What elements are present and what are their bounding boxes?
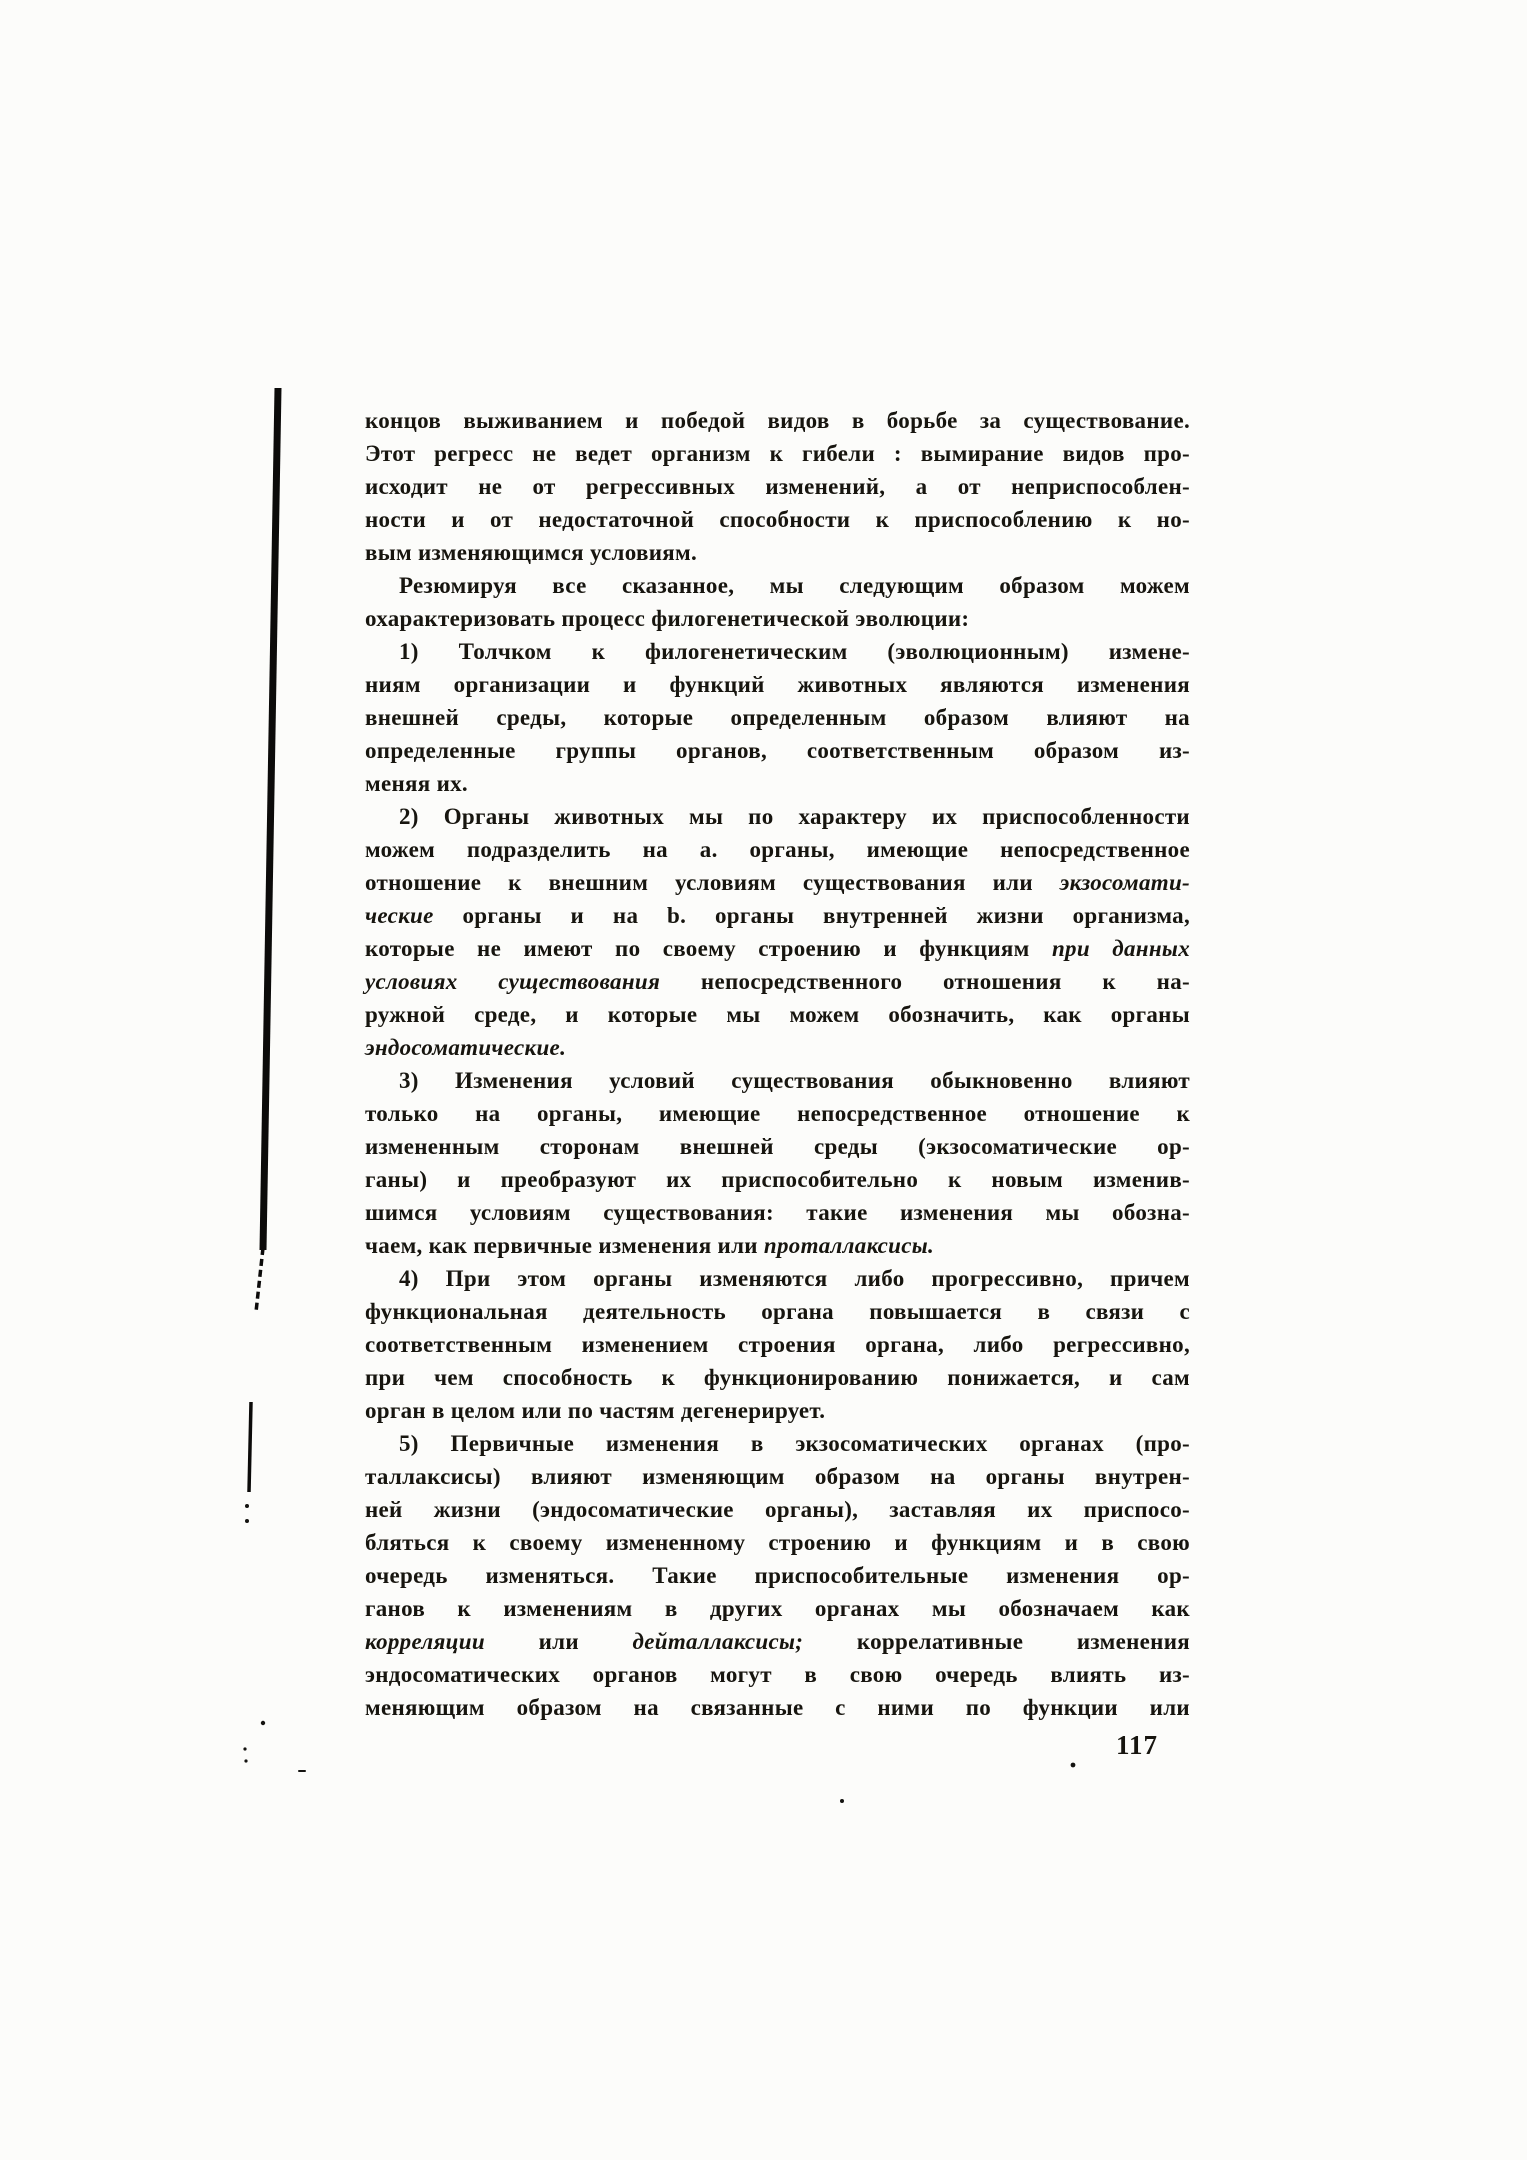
text-run: 1) Толчком к филогенетическим (эволюцион… (399, 639, 1190, 664)
italic-run: при данных (1052, 936, 1190, 961)
text-run: которые не имеют по своему строению и фу… (365, 936, 1052, 961)
text-line: можем подразделить на а. органы, имеющие… (365, 833, 1190, 866)
text-run: соответственным изменением строения орга… (365, 1332, 1190, 1357)
page-text-block: концов выживанием и победой видов в борь… (365, 404, 1190, 1724)
italic-run: условиях существования (365, 969, 660, 994)
text-line: бляться к своему измененному строению и … (365, 1526, 1190, 1559)
italic-run: ческие (365, 903, 434, 928)
text-run: меняющим образом на связанные с ними по … (365, 1695, 1190, 1720)
text-line: меняя их. (365, 767, 1190, 800)
text-line: которые не имеют по своему строению и фу… (365, 932, 1190, 965)
text-line: ганов к изменениям в других органах мы о… (365, 1592, 1190, 1625)
italic-run: проталлаксисы. (764, 1233, 934, 1258)
text-line: корреляции или дейталлаксисы; коррелатив… (365, 1625, 1190, 1658)
text-run: определенные группы органов, соответстве… (365, 738, 1190, 763)
text-line: 3) Изменения условий существования обыкн… (365, 1064, 1190, 1097)
text-run: ганов к изменениям в других органах мы о… (365, 1596, 1190, 1621)
text-run: внешней среды, которые определенным обра… (365, 705, 1190, 730)
text-run: отношение к внешним условиям существован… (365, 870, 1060, 895)
text-run: функциональная деятельность органа повыш… (365, 1299, 1190, 1324)
text-run: охарактеризовать процесс филогенетическо… (365, 606, 969, 631)
text-line: ческие органы и на b. органы внутренней … (365, 899, 1190, 932)
text-line: отношение к внешним условиям существован… (365, 866, 1190, 899)
text-run: органы и на b. органы внутренней жизни о… (434, 903, 1190, 928)
text-run: Этот регресс не ведет организм к гибели … (365, 441, 1190, 466)
text-run: непосредственного отношения к на- (660, 969, 1190, 994)
text-run: при чем способность к функционированию п… (365, 1365, 1190, 1390)
text-run: 2) Органы животных мы по характеру их пр… (399, 804, 1190, 829)
text-line: при чем способность к функционированию п… (365, 1361, 1190, 1394)
text-line: определенные группы органов, соответстве… (365, 734, 1190, 767)
text-line: эндосоматические. (365, 1031, 1190, 1064)
text-run: чаем, как первичные изменения или (365, 1233, 764, 1258)
page-number: 117 (1116, 1730, 1176, 1761)
text-line: внешней среды, которые определенным обра… (365, 701, 1190, 734)
text-run: таллаксисы) влияют изменяющим образом на… (365, 1464, 1190, 1489)
text-run: 5) Первичные изменения в экзосоматически… (399, 1431, 1190, 1456)
text-run: Резюмируя все сказанное, мы следующим об… (399, 573, 1190, 598)
text-run: меняя их. (365, 771, 468, 796)
text-run: бляться к своему измененному строению и … (365, 1530, 1190, 1555)
italic-run: экзосомати- (1060, 870, 1190, 895)
italic-run: дейталлаксисы; (633, 1629, 804, 1654)
text-line: чаем, как первичные изменения или протал… (365, 1229, 1190, 1262)
text-line: ниям организации и функций животных явля… (365, 668, 1190, 701)
text-line: только на органы, имеющие непосредственн… (365, 1097, 1190, 1130)
text-run: орган в целом или по частям дегенерирует… (365, 1398, 825, 1423)
text-line: измененным сторонам внешней среды (экзос… (365, 1130, 1190, 1163)
text-run: ности и от недостаточной способности к п… (365, 507, 1190, 532)
text-line: ности и от недостаточной способности к п… (365, 503, 1190, 536)
text-run: или (485, 1629, 633, 1654)
scanned-book-page: концов выживанием и победой видов в борь… (0, 0, 1527, 2160)
text-run: можем подразделить на а. органы, имеющие… (365, 837, 1190, 862)
text-line: соответственным изменением строения орга… (365, 1328, 1190, 1361)
text-line: охарактеризовать процесс филогенетическо… (365, 602, 1190, 635)
text-run: концов выживанием и победой видов в борь… (365, 408, 1190, 433)
left-margin-line (249, 388, 278, 1492)
text-line: ней жизни (эндосоматические органы), зас… (365, 1493, 1190, 1526)
text-line: концов выживанием и победой видов в борь… (365, 404, 1190, 437)
text-line: орган в целом или по частям дегенерирует… (365, 1394, 1190, 1427)
text-run: измененным сторонам внешней среды (экзос… (365, 1134, 1190, 1159)
text-run: ней жизни (эндосоматические органы), зас… (365, 1497, 1190, 1522)
text-run: вым изменяющимся условиям. (365, 540, 697, 565)
text-line: вым изменяющимся условиям. (365, 536, 1190, 569)
text-line: меняющим образом на связанные с ними по … (365, 1691, 1190, 1724)
text-run: ганы) и преобразуют их приспособительно … (365, 1167, 1190, 1192)
italic-run: эндосоматические. (365, 1035, 566, 1060)
text-run: шимся условиям существования: такие изме… (365, 1200, 1190, 1225)
text-run: только на органы, имеющие непосредственн… (365, 1101, 1190, 1126)
text-line: таллаксисы) влияют изменяющим образом на… (365, 1460, 1190, 1493)
text-line: 2) Органы животных мы по характеру их пр… (365, 800, 1190, 833)
text-line: 5) Первичные изменения в экзосоматически… (365, 1427, 1190, 1460)
text-run: очередь изменяться. Такие приспособитель… (365, 1563, 1190, 1588)
text-line: Этот регресс не ведет организм к гибели … (365, 437, 1190, 470)
text-run: исходит не от регрессивных изменений, а … (365, 474, 1190, 499)
text-line: шимся условиям существования: такие изме… (365, 1196, 1190, 1229)
text-run: ниям организации и функций животных явля… (365, 672, 1190, 697)
text-run: 3) Изменения условий существования обыкн… (399, 1068, 1190, 1093)
text-line: 1) Толчком к филогенетическим (эволюцион… (365, 635, 1190, 668)
text-run: 4) При этом органы изменяются либо прогр… (399, 1266, 1190, 1291)
text-line: Резюмируя все сказанное, мы следующим об… (365, 569, 1190, 602)
text-run: эндосоматических органов могут в свою оч… (365, 1662, 1190, 1687)
text-line: эндосоматических органов могут в свою оч… (365, 1658, 1190, 1691)
text-line: 4) При этом органы изменяются либо прогр… (365, 1262, 1190, 1295)
text-run: коррелативные изменения (803, 1629, 1190, 1654)
text-line: ружной среде, и которые мы можем обознач… (365, 998, 1190, 1031)
text-line: ганы) и преобразуют их приспособительно … (365, 1163, 1190, 1196)
text-line: условиях существования непосредственного… (365, 965, 1190, 998)
text-line: очередь изменяться. Такие приспособитель… (365, 1559, 1190, 1592)
text-run: ружной среде, и которые мы можем обознач… (365, 1002, 1190, 1027)
text-line: функциональная деятельность органа повыш… (365, 1295, 1190, 1328)
italic-run: корреляции (365, 1629, 485, 1654)
text-line: исходит не от регрессивных изменений, а … (365, 470, 1190, 503)
